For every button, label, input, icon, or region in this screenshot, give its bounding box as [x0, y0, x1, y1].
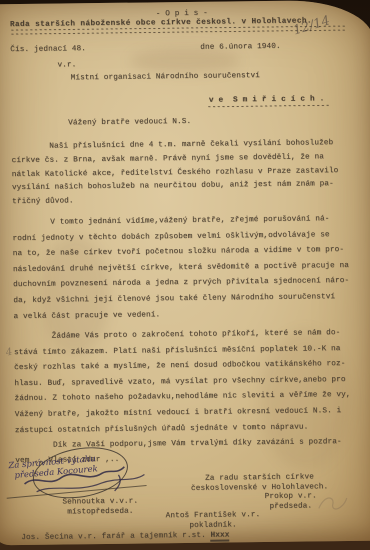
paragraph-2: V tomto jednání vidíme,vážený bratře, zř…	[12, 212, 349, 325]
signing-organization: Za radu starších církve československé v…	[170, 473, 348, 494]
typed-line: třičný důvod.	[12, 192, 339, 210]
signature-scribble	[6, 452, 167, 504]
document-photo: 12/14 - O p i s - Rada starších nábožens…	[0, 0, 370, 550]
addressee-line: Místní organisaci Národního souručenství	[71, 70, 260, 86]
place-underline: ------------------------------	[207, 103, 329, 110]
reference-number: Čís. jednací 48.	[10, 43, 86, 58]
paragraph-1: Naši příslušníci dne 4 t.m. marně čekali…	[11, 137, 338, 210]
vr-abbreviation: v.r.	[57, 59, 76, 73]
typed-line: a velká část pracuje ve vedení.	[13, 306, 349, 326]
date-line: dne 6.února 1940.	[200, 41, 281, 56]
signature-bottom-line: Jos. Šecina v.r. farář a tajemník r.st. …	[21, 529, 229, 545]
page-content: 12/14 - O p i s - Rada starších nábožens…	[0, 0, 370, 550]
paragraph-3: Žádáme Vás proto o zakročení tohoto přík…	[14, 326, 351, 439]
signature-center: Antoš František v.r. pokladník.	[143, 511, 283, 532]
struck-text: Hxxx	[210, 531, 229, 541]
signatory-name: Jos. Šecina v.r. farář a tajemník r.st.	[21, 532, 210, 542]
salutation: Vážený bratře vedoucí N.S.	[68, 116, 191, 131]
signature-right: Prokop v.r. předseda.	[241, 492, 341, 512]
margin-mark: 4	[5, 347, 14, 359]
